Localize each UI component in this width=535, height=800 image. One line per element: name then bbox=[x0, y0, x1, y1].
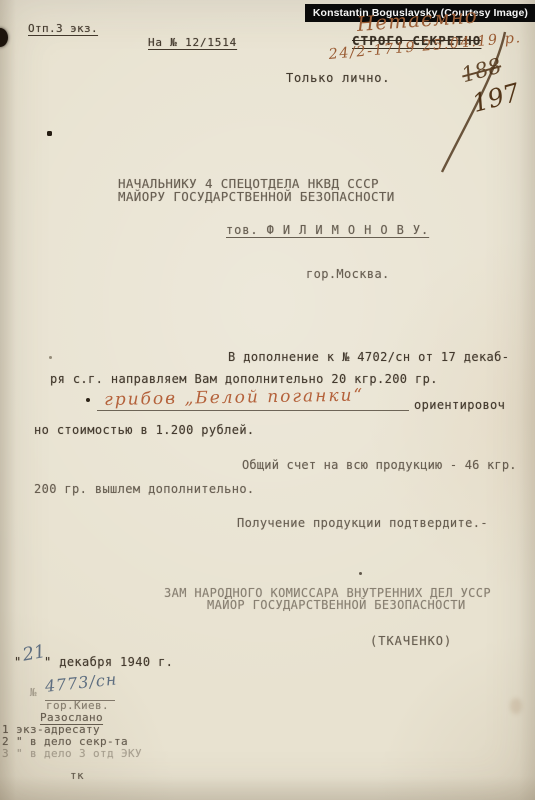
reply-reference: На № 12/1514 bbox=[148, 36, 237, 49]
body-para2-line2: 200 гр. вышлем дополнительно. bbox=[34, 482, 255, 496]
copies-note: Отп.3 экз. bbox=[28, 22, 98, 35]
body-para2-line1: Общий счет на всю продукцию - 46 кгр. bbox=[242, 458, 517, 472]
body-para1-line3-tail: ориентировоч bbox=[414, 398, 505, 412]
ink-speck bbox=[86, 398, 90, 402]
punch-hole bbox=[0, 28, 8, 47]
date-rest: " декабря 1940 г. bbox=[44, 655, 173, 669]
addressee-line2: МАЙОРУ ГОСУДАРСТВЕННОЙ БЕЗОПАСНОСТИ bbox=[118, 189, 395, 204]
number-sign: № bbox=[30, 686, 37, 699]
signature-name: (ТКАЧЕНКО) bbox=[370, 634, 452, 648]
document-photo: Konstantin Boguslavsky (Courtesy Image) … bbox=[0, 0, 535, 800]
body-para1-line2: ря с.г. направляем Вам дополнительно 20 … bbox=[50, 372, 438, 386]
paper-speck bbox=[49, 356, 52, 359]
typist-marks: тк bbox=[70, 769, 84, 782]
ink-dot bbox=[359, 572, 362, 575]
fill-in-underline bbox=[97, 394, 409, 411]
addressee-city: гор.Москва. bbox=[306, 267, 390, 281]
ink-speck bbox=[47, 131, 52, 136]
body-para3: Получение продукции подтвердите.- bbox=[237, 516, 488, 530]
date-quote-open: " bbox=[14, 655, 22, 669]
signature-title-line2: МАЙОР ГОСУДАРСТВЕННОЙ БЕЗОПАСНОСТИ bbox=[207, 598, 466, 612]
body-para1-line1: В дополнение к № 4702/сн от 17 декаб- bbox=[228, 350, 509, 364]
personal-only-note: Только лично. bbox=[286, 71, 390, 85]
distribution-line3: 3 " в дело 3 отд ЭКУ bbox=[2, 747, 142, 760]
paper-stain bbox=[510, 698, 522, 714]
addressee-name: тов. Ф И Л И М О Н О В У. bbox=[226, 223, 429, 237]
body-para1-line4: но стоимостью в 1.200 рублей. bbox=[34, 423, 255, 437]
